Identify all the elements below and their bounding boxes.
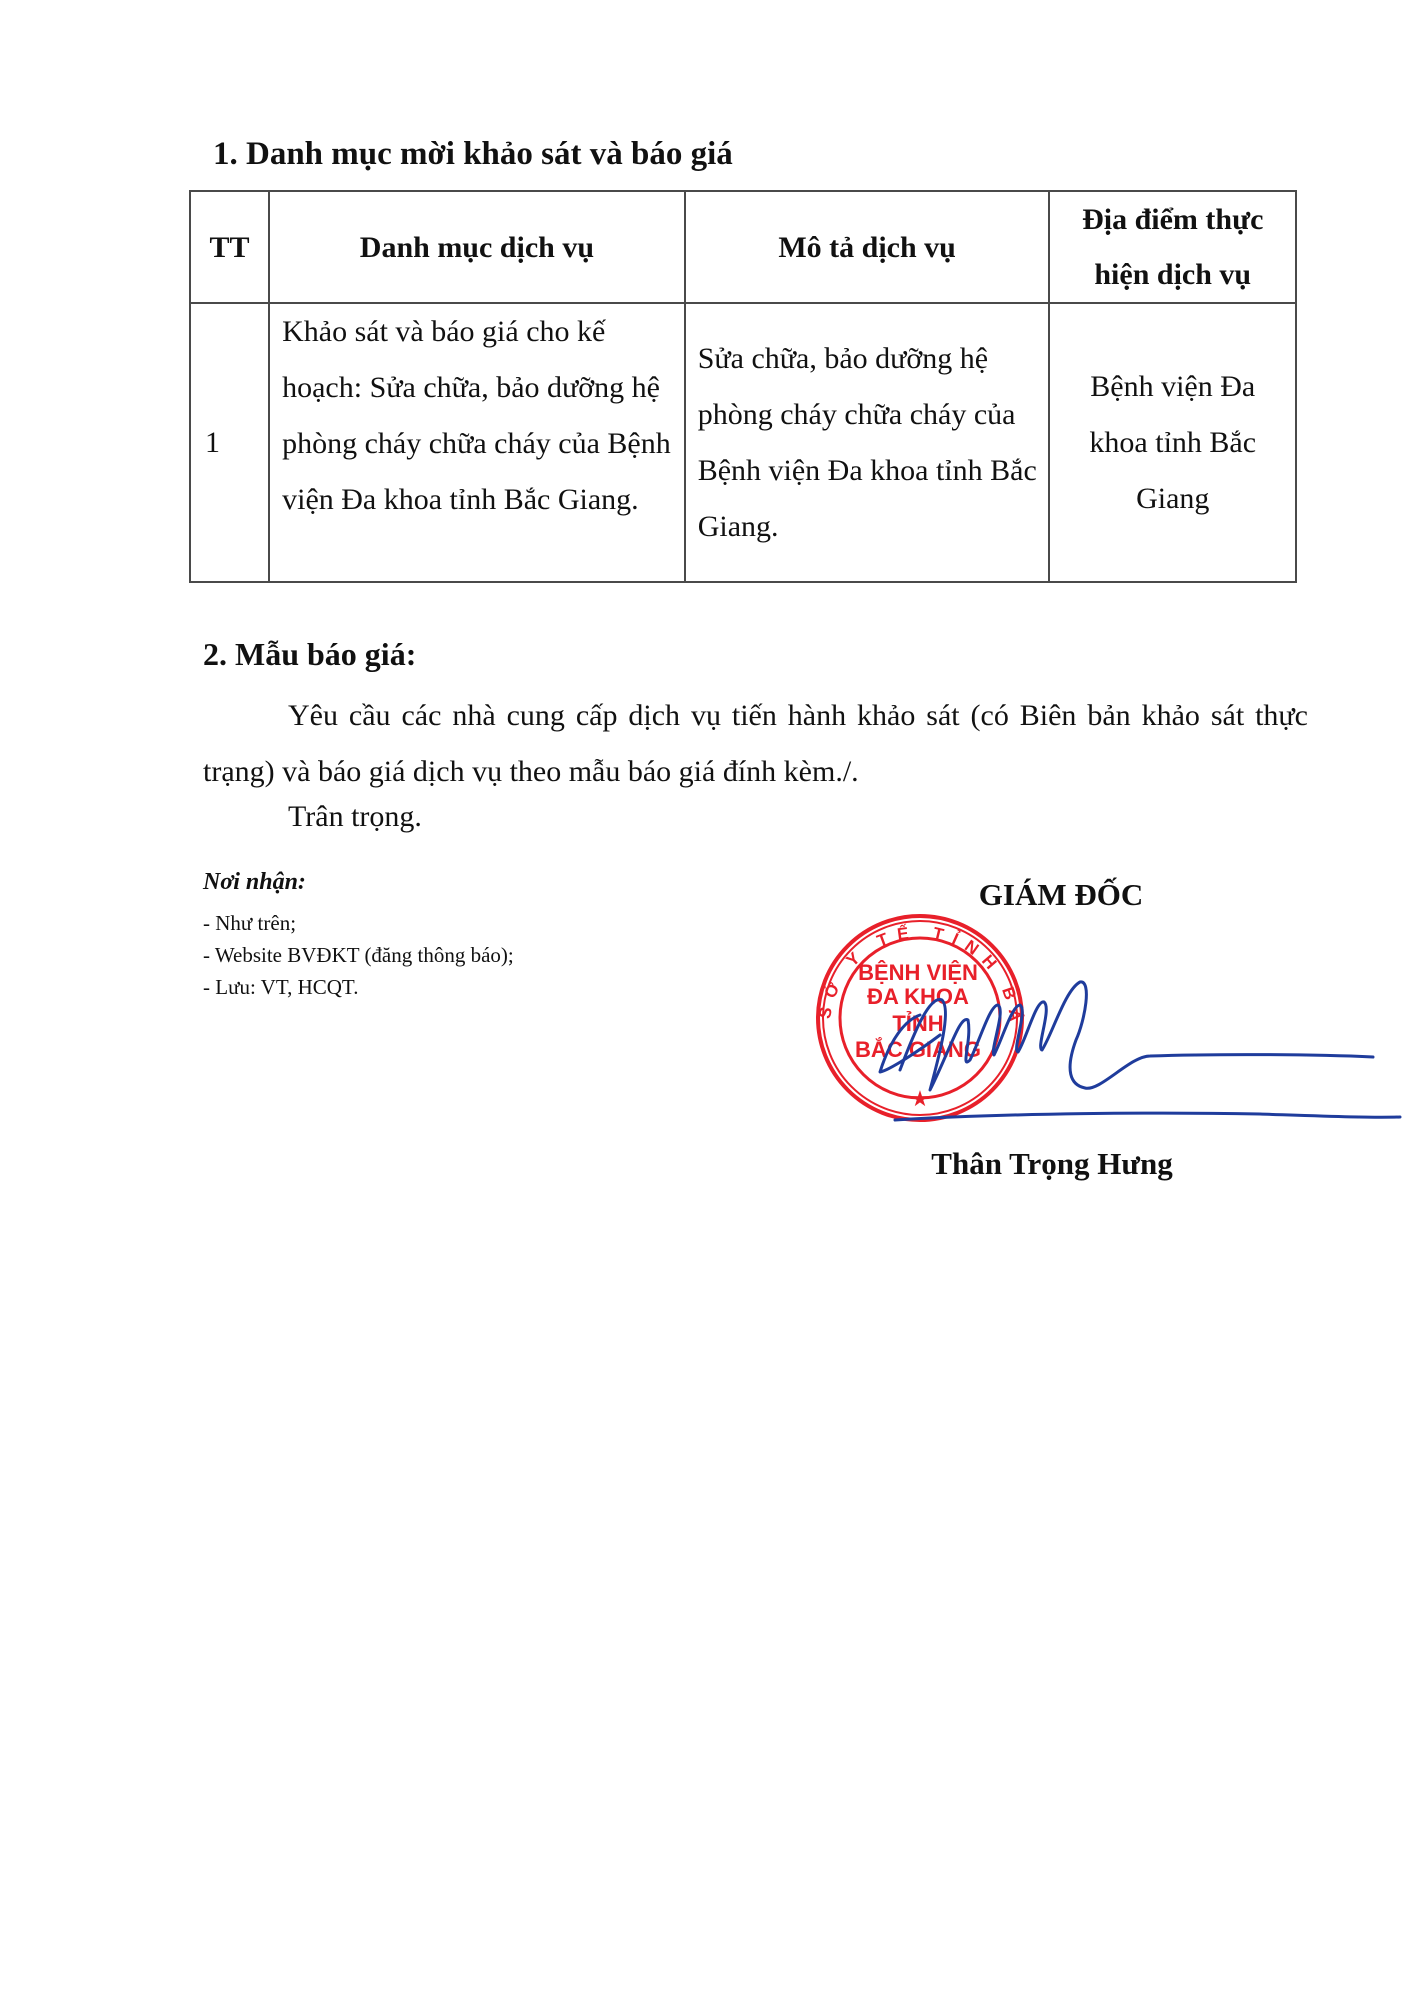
handwritten-signature-icon — [860, 960, 1414, 1140]
table-header-row: TT Danh mục dịch vụ Mô tả dịch vụ Địa đi… — [190, 191, 1296, 303]
closing-text: Trân trọng. — [288, 800, 422, 834]
recipients-title: Nơi nhận: — [203, 869, 306, 896]
cell-description: Sửa chữa, bảo dưỡng hệ phòng cháy chữa c… — [685, 303, 1050, 582]
header-location: Địa điểm thực hiện dịch vụ — [1049, 191, 1296, 303]
request-paragraph: Yêu cầu các nhà cung cấp dịch vụ tiến hà… — [203, 688, 1308, 800]
header-service: Danh mục dịch vụ — [269, 191, 685, 303]
section-2-heading: 2. Mẫu báo giá: — [203, 636, 416, 673]
cell-service: Khảo sát và báo giá cho kế hoạch: Sửa ch… — [269, 303, 685, 582]
header-tt: TT — [190, 191, 269, 303]
recipient-item: - Như trên; — [203, 907, 514, 939]
recipient-item: - Website BVĐKT (đăng thông báo); — [203, 939, 514, 971]
table-row: 1 Khảo sát và báo giá cho kế hoạch: Sửa … — [190, 303, 1296, 582]
cell-location: Bệnh viện Đa khoa tỉnh Bắc Giang — [1049, 303, 1296, 582]
header-description: Mô tả dịch vụ — [685, 191, 1050, 303]
recipients-list: - Như trên; - Website BVĐKT (đăng thông … — [203, 907, 514, 1003]
signatory-name: Thân Trọng Hưng — [902, 1146, 1202, 1182]
recipient-item: - Lưu: VT, HCQT. — [203, 971, 514, 1003]
cell-tt: 1 — [190, 303, 269, 582]
service-table: TT Danh mục dịch vụ Mô tả dịch vụ Địa đi… — [189, 190, 1297, 583]
section-1-heading: 1. Danh mục mời khảo sát và báo giá — [213, 136, 733, 173]
